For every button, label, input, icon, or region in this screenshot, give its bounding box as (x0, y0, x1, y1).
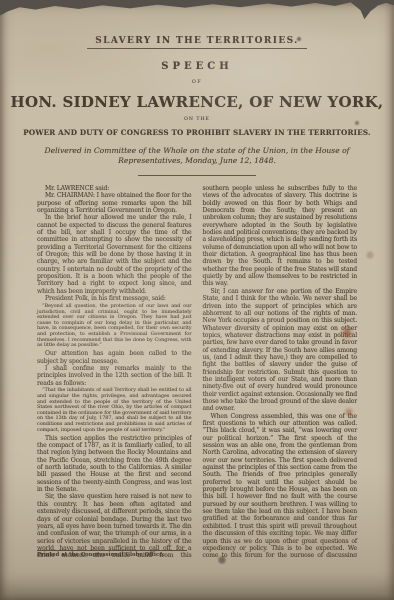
on-the-label: ON THE (0, 117, 394, 122)
subject-line: POWER AND DUTY OF CONGRESS TO PROHIBIT S… (0, 128, 394, 137)
printer-imprint: Printed at the Congressional Globe Offic… (37, 550, 187, 559)
speech-paragraph: Sir, the slave question here raised is n… (37, 493, 192, 557)
speech-paragraph: I shall confine my remarks mainly to the… (37, 365, 192, 387)
series-title-text: SLAVERY IN THE TERRITORIES. (87, 36, 306, 49)
series-title: SLAVERY IN THE TERRITORIES. (0, 36, 394, 49)
speech-paragraph: Our attention has again been called to t… (37, 350, 192, 365)
speech-paragraph: In the brief hour allowed me under the r… (37, 214, 192, 295)
speech-paragraph: Mr. CHAIRMAN: I have obtained the floor … (37, 192, 192, 214)
speech-paragraph: Sir, I can answer for one portion of the… (203, 288, 358, 413)
quoted-excerpt: “Beyond all question, the protection of … (37, 304, 192, 349)
speaker-line: Mr. LAWRENCE said: (37, 185, 192, 192)
delivery-line: Delivered in Committee of the Whole on t… (44, 146, 350, 166)
quoted-excerpt: “That the inhabitants of said Territory … (37, 388, 192, 433)
speech-paragraph: When Congress assembled, this was one of… (203, 413, 358, 557)
speech-paragraph: southern people unless he subscribes ful… (203, 185, 358, 288)
speech-paragraph: This section applies the restrictive pri… (37, 435, 192, 494)
of-label: OF (0, 79, 394, 85)
scanned-pamphlet: SLAVERY IN THE TERRITORIES. SPEECH OF HO… (0, 0, 394, 600)
page-title: HON. SIDNEY LAWRENCE, OF NEW YORK, (0, 93, 394, 111)
page-content: SLAVERY IN THE TERRITORIES. SPEECH OF HO… (0, 0, 394, 600)
two-column-text: Mr. LAWRENCE said:Mr. CHAIRMAN: I have o… (0, 185, 394, 557)
pamphlet-page: SLAVERY IN THE TERRITORIES. SPEECH OF HO… (0, 0, 394, 600)
right-column: southern people unless he subscribes ful… (203, 185, 358, 557)
divider-rule (138, 175, 256, 176)
speech-paragraph: President Polk, in his first message, sa… (37, 295, 192, 302)
speech-label: SPEECH (0, 61, 394, 72)
left-column: Mr. LAWRENCE said:Mr. CHAIRMAN: I have o… (37, 185, 192, 557)
